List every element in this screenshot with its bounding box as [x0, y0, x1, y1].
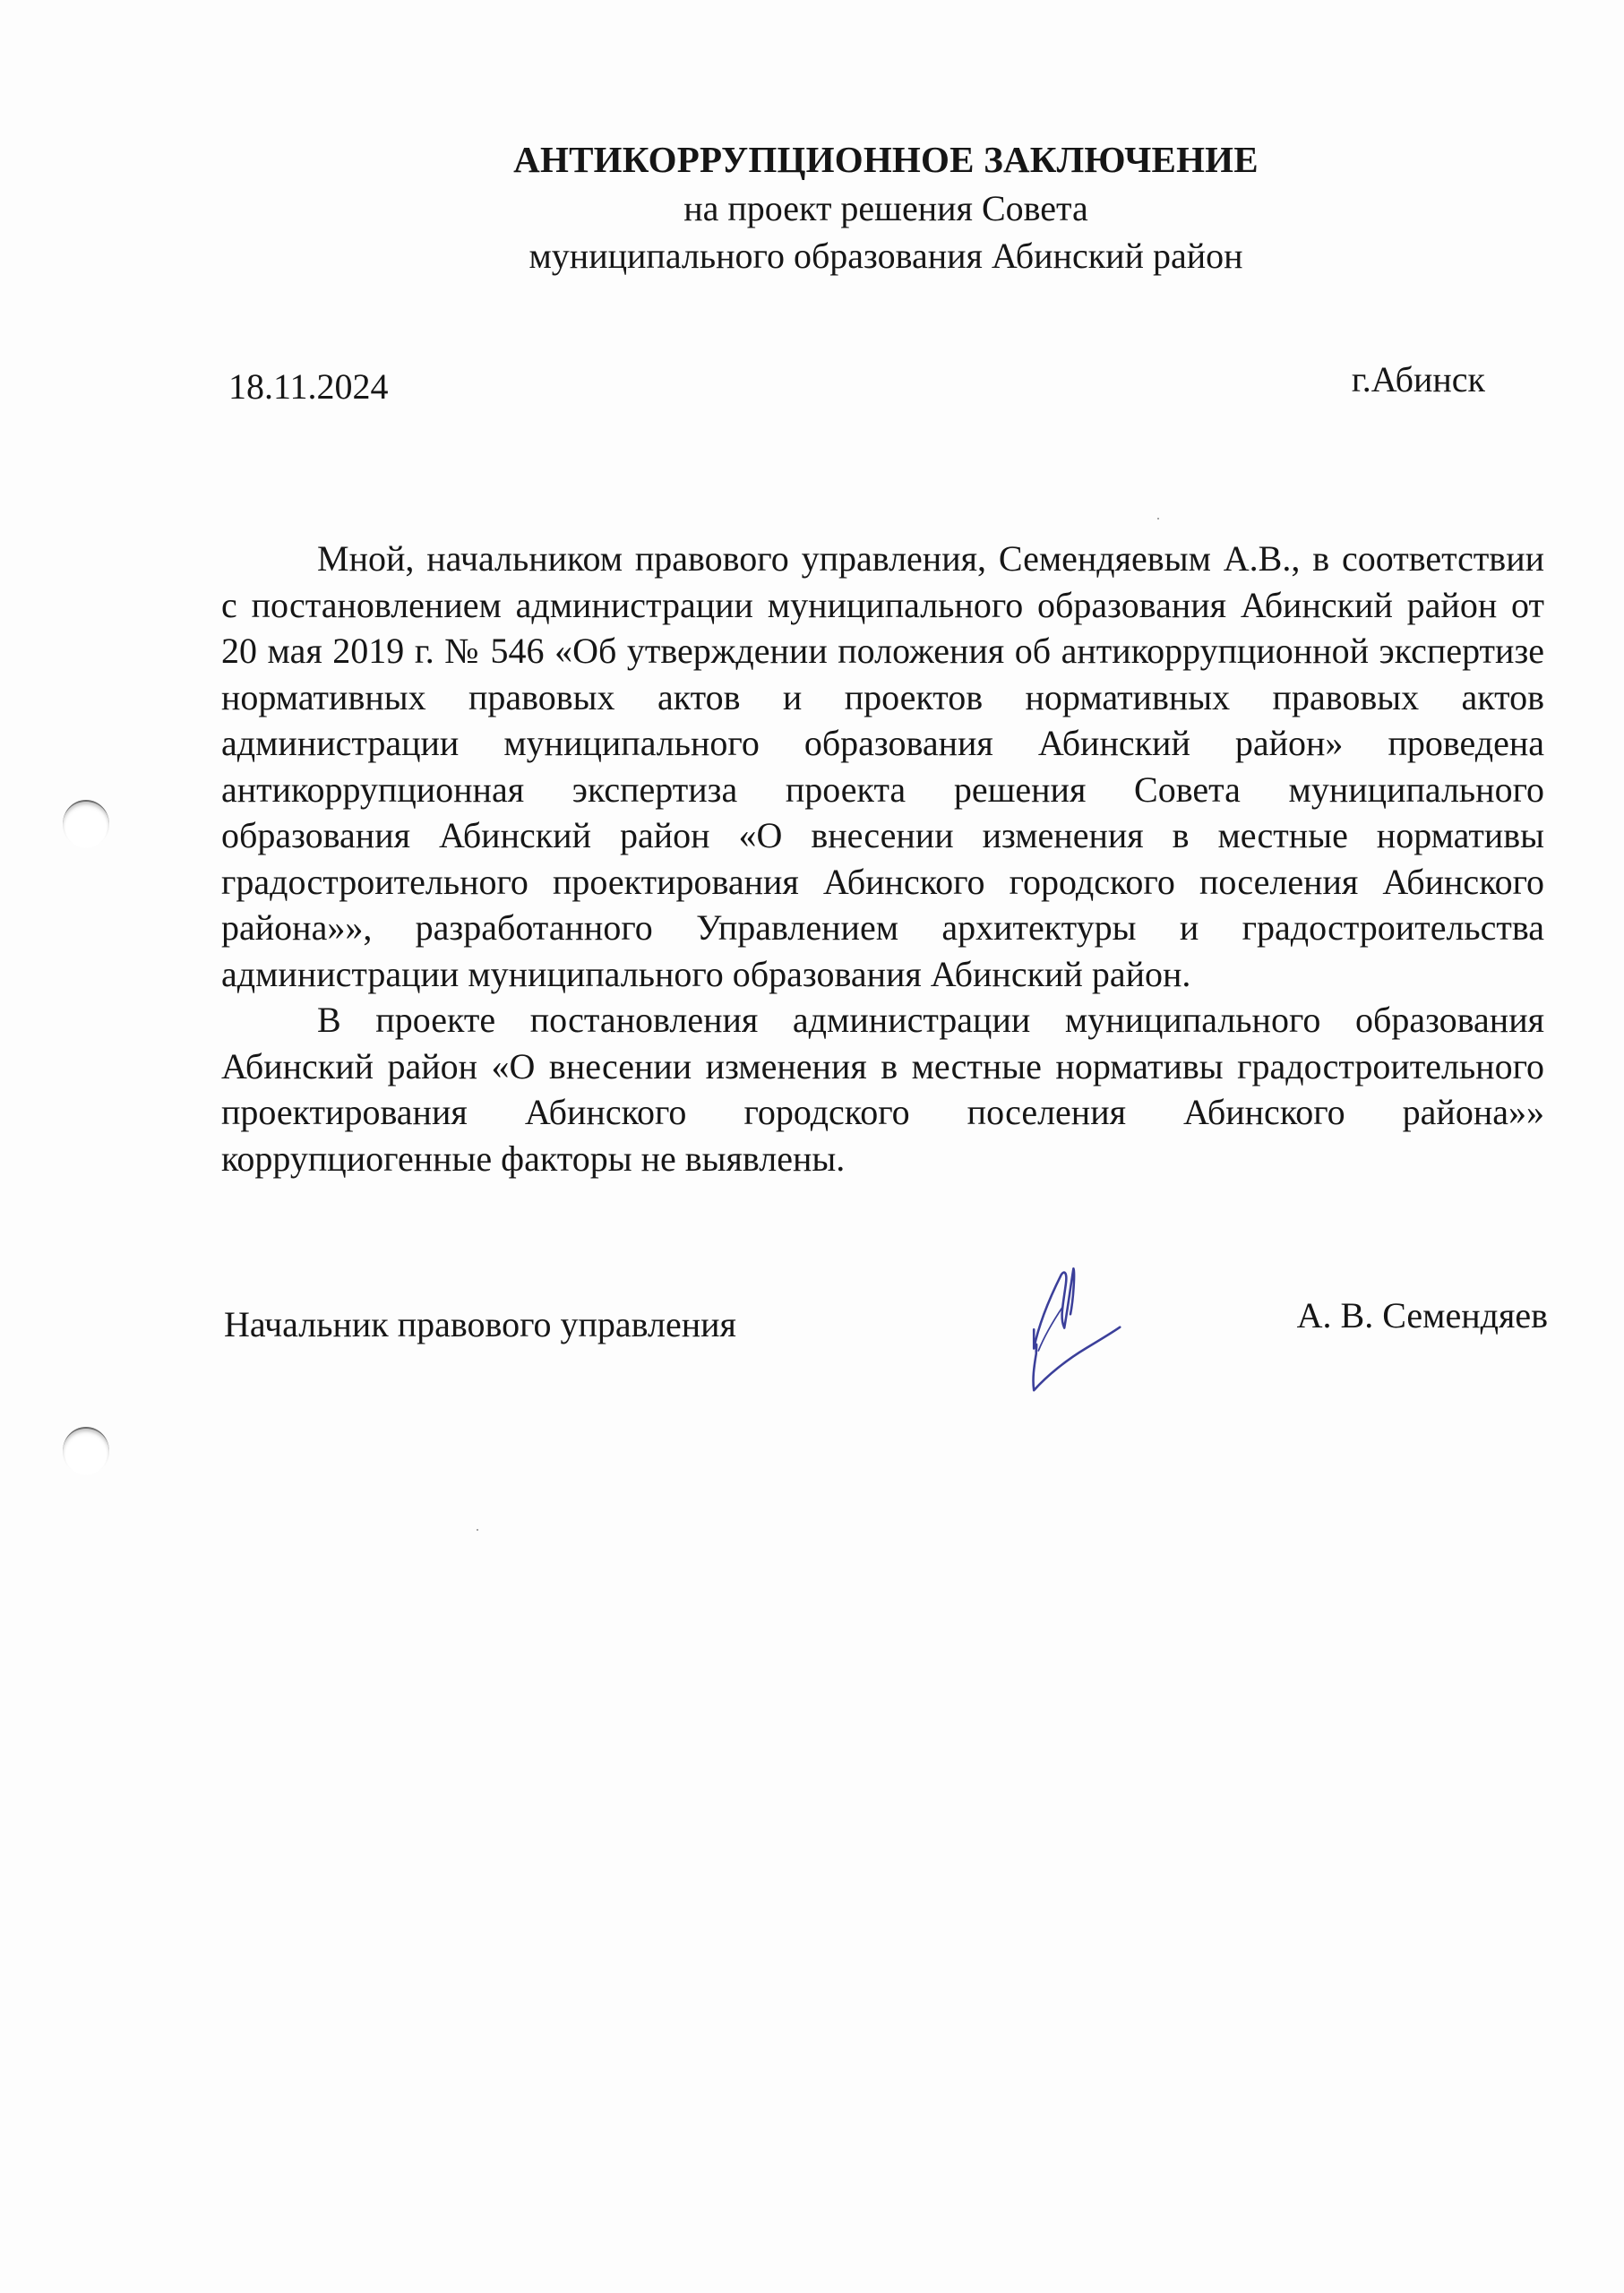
- document-subtitle-line-2: муниципального образования Абинский райо…: [148, 232, 1624, 279]
- punch-hole-icon: [63, 800, 109, 848]
- handwritten-signature-icon: [994, 1250, 1147, 1402]
- body-paragraph-1: Мной, начальником правового управления, …: [221, 536, 1544, 997]
- signatory-name: А. В. Семендяев: [1297, 1294, 1548, 1336]
- signatory-position: Начальник правового управления: [224, 1303, 736, 1345]
- document-subtitle-line-1: на проект решения Совета: [148, 185, 1624, 232]
- scan-speck: [1157, 518, 1159, 520]
- document-date: 18.11.2024: [228, 365, 389, 408]
- body-paragraph-2: В проекте постановления администрации му…: [221, 997, 1544, 1181]
- document-body: Мной, начальником правового управления, …: [221, 536, 1544, 1181]
- document-city: г.Абинск: [1352, 358, 1485, 400]
- document-title: АНТИКОРРУПЦИОННОЕ ЗАКЛЮЧЕНИЕ: [148, 134, 1624, 185]
- scan-speck: [477, 1529, 478, 1531]
- document-page: АНТИКОРРУПЦИОННОЕ ЗАКЛЮЧЕНИЕ на проект р…: [0, 0, 1624, 2293]
- punch-hole-icon: [63, 1427, 109, 1475]
- document-header: АНТИКОРРУПЦИОННОЕ ЗАКЛЮЧЕНИЕ на проект р…: [0, 134, 1624, 279]
